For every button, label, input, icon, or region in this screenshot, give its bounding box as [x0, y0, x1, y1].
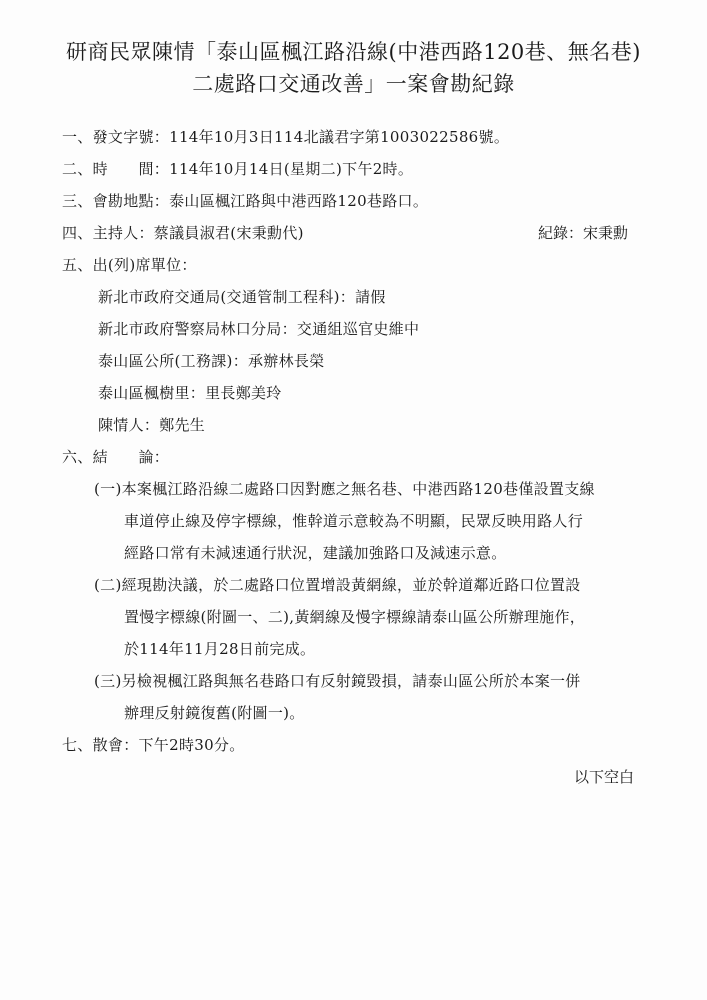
section-attendees-heading: 五、出(列)席單位： [62, 254, 197, 275]
section-document-number: 一、發文字號：114年10月3日114北議君字第1003022586號。 [62, 126, 509, 147]
conclusion-2-line1: (二)經現勘決議，於二處路口位置增設黃網線，並於幹道鄰近路口位置設 [94, 574, 581, 595]
conclusion-3-line2: 辦理反射鏡復舊(附圖一)。 [124, 702, 305, 723]
section-adjourn: 七、散會：下午2時30分。 [62, 734, 245, 755]
document-title-line1: 研商民眾陳情「泰山區楓江路沿線(中港西路120巷、無名巷) [0, 36, 707, 66]
attendee-item: 泰山區公所(工務課)：承辦林長榮 [98, 350, 325, 371]
conclusion-1-line1: (一)本案楓江路沿線二處路口因對應之無名巷、中港西路120巷僅設置支線 [94, 478, 595, 499]
section-recorder: 紀錄：宋秉勳 [538, 222, 628, 243]
section-conclusions-heading: 六、結 論： [62, 446, 169, 467]
section-host: 四、主持人：蔡議員淑君(宋秉勳代) [62, 222, 304, 243]
attendee-item: 新北市政府警察局林口分局：交通組巡官史維中 [98, 318, 419, 339]
attendee-item: 陳情人：鄭先生 [98, 414, 205, 435]
section-location: 三、會勘地點：泰山區楓江路與中港西路120巷路口。 [62, 190, 428, 211]
conclusion-2-line2: 置慢字標線(附圖一、二),黃網線及慢字標線請泰山區公所辦理施作， [124, 606, 585, 627]
document-title-line2: 二處路口交通改善」一案會勘紀錄 [0, 68, 707, 98]
attendee-item: 泰山區楓樹里：里長鄭美玲 [98, 382, 282, 403]
conclusion-1-line2: 車道停止線及停字標線，惟幹道示意較為不明顯，民眾反映用路人行 [124, 510, 583, 531]
section-time: 二、時 間：114年10月14日(星期二)下午2時。 [62, 158, 413, 179]
end-note: 以下空白 [574, 766, 634, 787]
conclusion-3-line1: (三)另檢視楓江路與無名巷路口有反射鏡毀損，請泰山區公所於本案一併 [94, 670, 581, 691]
conclusion-1-line3: 經路口常有未減速通行狀況，建議加強路口及減速示意。 [124, 542, 507, 563]
attendee-item: 新北市政府交通局(交通管制工程科)：請假 [98, 286, 386, 307]
conclusion-2-line3: 於114年11月28日前完成。 [124, 638, 315, 659]
